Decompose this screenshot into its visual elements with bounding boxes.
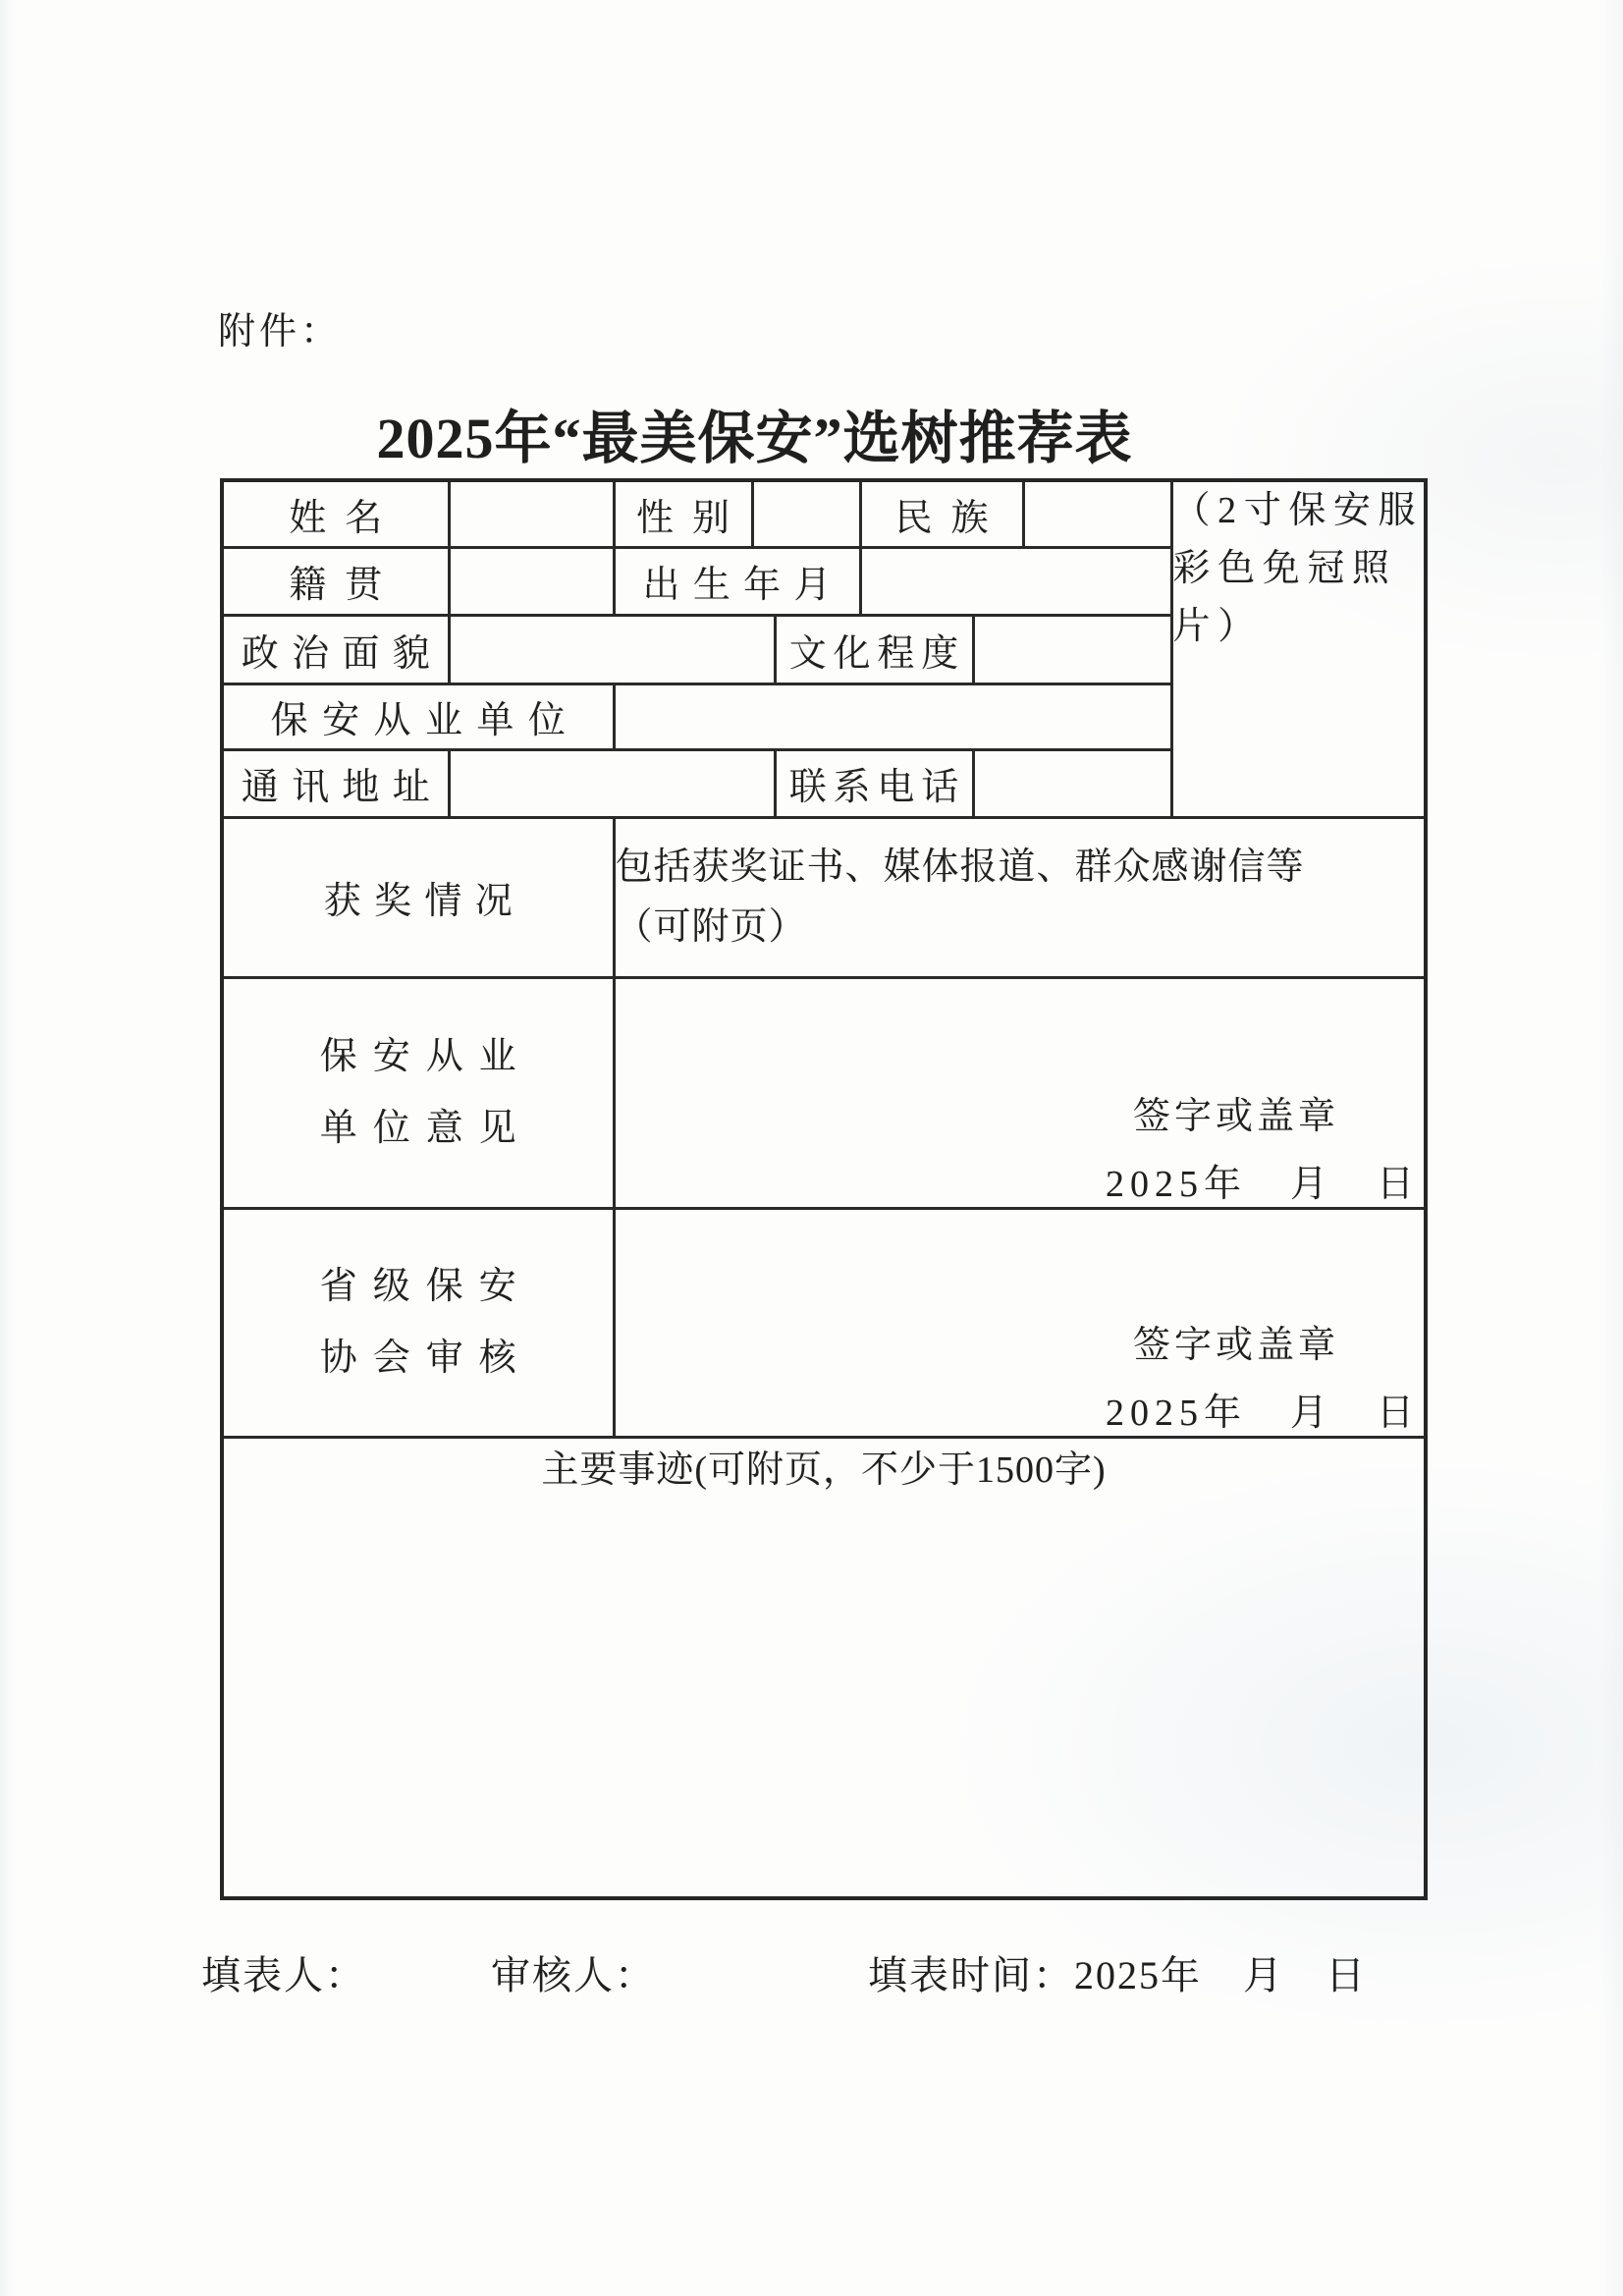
native-place-value-cell	[449, 547, 614, 615]
employer-opinion-sign-cell: 签字或盖章 2025年 月 日	[614, 977, 1426, 1208]
page-title: 2025年“最美保安”选树推荐表	[0, 392, 1566, 474]
reviewer-label: 审核人：	[491, 1944, 656, 2000]
political-status-label: 政治面貌	[222, 615, 449, 683]
employer-label: 保安从业单位	[222, 683, 614, 749]
photo-placeholder-cell: （2寸保安服 彩色免冠照 片）	[1171, 480, 1426, 817]
table-row: 获奖情况 包括获奖证书、媒体报道、群众感谢信等 （可附页）	[222, 817, 1426, 977]
association-review-label: 省级保安 协会审核	[222, 1208, 614, 1437]
native-place-label: 籍贯	[222, 547, 449, 615]
employer-opinion-sign-label: 签字或盖章	[616, 1085, 1425, 1139]
employer-opinion-date: 2025年 月 日	[616, 1153, 1425, 1207]
table-row: 省级保安 协会审核 签字或盖章 2025年 月 日	[222, 1208, 1426, 1437]
association-review-sign-label: 签字或盖章	[616, 1314, 1425, 1368]
form-filler-label: 填表人：	[201, 1944, 366, 2000]
association-review-date: 2025年 月 日	[616, 1382, 1425, 1436]
employer-value-cell	[614, 683, 1171, 749]
employer-opinion-label-line2: 单位意见	[224, 1093, 613, 1164]
main-deeds-cell: 主要事迹(可附页，不少于1500字)	[222, 1437, 1426, 1898]
birth-date-label: 出生年月	[614, 547, 860, 615]
education-value-cell	[973, 615, 1171, 683]
gender-label: 性别	[614, 480, 752, 547]
association-review-label-line2: 协会审核	[224, 1323, 613, 1394]
table-row: 姓名 性别 民族 （2寸保安服 彩色免冠照 片）	[222, 480, 1426, 547]
awards-label: 获奖情况	[222, 817, 614, 977]
attachment-label: 附件：	[218, 301, 342, 355]
address-value-cell	[449, 749, 775, 817]
association-review-sign-cell: 签字或盖章 2025年 月 日	[614, 1208, 1426, 1437]
ethnicity-value-cell	[1023, 480, 1171, 547]
employer-opinion-label: 保安从业 单位意见	[222, 977, 614, 1208]
fill-time-label: 填表时间：	[868, 1953, 1074, 1997]
fill-time-value: 2025年 月 日	[1074, 1953, 1367, 1997]
scanned-form-page: 附件： 2025年“最美保安”选树推荐表 姓名 性别 民族 （2寸保安服 彩色免…	[0, 0, 1623, 2296]
name-value-cell	[449, 480, 614, 547]
phone-value-cell	[973, 749, 1171, 817]
birth-date-value-cell	[860, 547, 1171, 615]
education-label: 文化程度	[775, 615, 973, 683]
phone-label: 联系电话	[775, 749, 973, 817]
ethnicity-label: 民族	[860, 480, 1023, 547]
association-review-label-line1: 省级保安	[224, 1251, 613, 1322]
address-label: 通讯地址	[222, 749, 449, 817]
table-row: 主要事迹(可附页，不少于1500字)	[222, 1437, 1426, 1898]
employer-opinion-label-line1: 保安从业	[224, 1021, 613, 1092]
fill-time-label-and-value: 填表时间：2025年 月 日	[868, 1944, 1367, 2000]
name-label: 姓名	[222, 480, 449, 547]
recommendation-form-table: 姓名 性别 民族 （2寸保安服 彩色免冠照 片） 籍贯 出生年月 政治面貌 文化…	[220, 478, 1428, 1900]
table-row: 保安从业 单位意见 签字或盖章 2025年 月 日	[222, 977, 1426, 1208]
gender-value-cell	[752, 480, 860, 547]
political-status-value-cell	[449, 615, 775, 683]
awards-note: 包括获奖证书、媒体报道、群众感谢信等 （可附页）	[614, 817, 1426, 977]
